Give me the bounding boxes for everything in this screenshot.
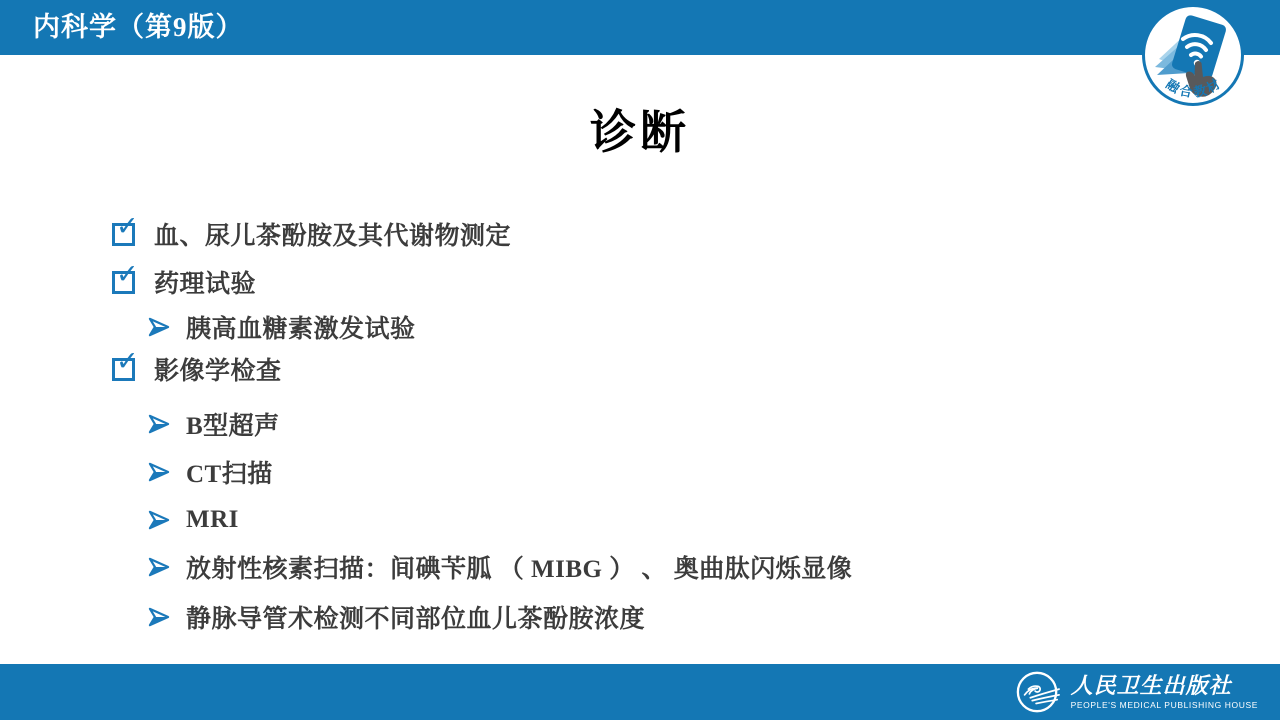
publisher-name-en: PEOPLE'S MEDICAL PUBLISHING HOUSE	[1071, 700, 1258, 710]
slide: { "header": { "title": "内科学（第9版）" }, "ba…	[0, 0, 1280, 720]
publisher-emblem-icon	[1015, 669, 1061, 715]
publisher-logo: 人民卫生出版社 PEOPLE'S MEDICAL PUBLISHING HOUS…	[1015, 664, 1258, 720]
list-item-label: 血、尿儿茶酚胺及其代谢物测定	[154, 216, 511, 252]
arrow-bullet-icon	[148, 462, 170, 482]
list-item-label: MRI	[186, 506, 239, 534]
list-item-label: 药理试验	[154, 264, 256, 300]
list-subitem: 静脉导管术检测不同部位血儿茶酚胺浓度	[148, 599, 645, 635]
list-item-label: 放射性核素扫描：间碘苄胍 （ MIBG ） 、 奥曲肽闪烁显像	[186, 549, 852, 585]
list-subitem: 放射性核素扫描：间碘苄胍 （ MIBG ） 、 奥曲肽闪烁显像	[148, 549, 852, 585]
list-item-label: 胰高血糖素激发试验	[186, 309, 416, 345]
list-subitem: B型超声	[148, 406, 280, 442]
checkbox-bullet-icon: ✓	[112, 271, 135, 294]
list-item: ✓ 血、尿儿茶酚胺及其代谢物测定	[112, 216, 511, 252]
list-subitem: CT扫描	[148, 454, 273, 490]
checkbox-bullet-icon: ✓	[112, 358, 135, 381]
checkbox-bullet-icon: ✓	[112, 223, 135, 246]
list-item-label: 静脉导管术检测不同部位血儿茶酚胺浓度	[186, 599, 645, 635]
fusion-textbook-badge: 融合教材	[1142, 4, 1244, 106]
arrow-bullet-icon	[148, 510, 170, 530]
book-title: 内科学（第9版）	[33, 0, 244, 55]
list-item: ✓ 影像学检查	[112, 351, 282, 387]
list-item-label: CT扫描	[186, 454, 273, 490]
list-subitem: MRI	[148, 502, 239, 538]
arrow-bullet-icon	[148, 414, 170, 434]
publisher-name: 人民卫生出版社 PEOPLE'S MEDICAL PUBLISHING HOUS…	[1071, 674, 1258, 710]
top-bar: 内科学（第9版）	[0, 0, 1280, 55]
list-item-label: B型超声	[186, 406, 280, 442]
bottom-bar: 人民卫生出版社 PEOPLE'S MEDICAL PUBLISHING HOUS…	[0, 664, 1280, 720]
list-item-label: 影像学检查	[154, 351, 282, 387]
arrow-bullet-icon	[148, 607, 170, 627]
list-subitem: 胰高血糖素激发试验	[148, 309, 416, 345]
publisher-name-cn: 人民卫生出版社	[1071, 674, 1232, 698]
arrow-bullet-icon	[148, 317, 170, 337]
arrow-bullet-icon	[148, 557, 170, 577]
list-item: ✓ 药理试验	[112, 264, 256, 300]
page-title: 诊断	[0, 96, 1280, 162]
